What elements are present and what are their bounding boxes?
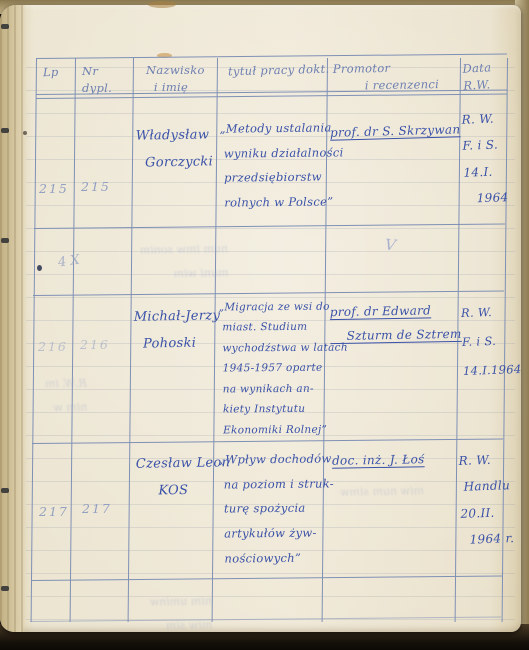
- binding-stitch: [1, 586, 9, 591]
- column-header-nazwisko: Nazwisko i imię: [146, 62, 205, 97]
- entry-215-name: Władysław Gorczycki: [136, 121, 214, 177]
- bleedthrough-text: num imw sonim muni wim: [140, 237, 229, 287]
- entry-217-date: R. W. Handlu 20.II. 1964 r.: [458, 446, 515, 553]
- table-line: [31, 58, 37, 622]
- entry-215-date: R. W. F. i S. 14.I. 1964: [461, 105, 509, 212]
- entry-217-promotor: doc. inż. J. Łoś: [332, 448, 425, 472]
- entry-216-promotor: prof. dr Edward Szturm de Sztrem: [330, 298, 462, 348]
- entry-217-lp: 217: [39, 500, 69, 524]
- ink-dot: [37, 265, 42, 271]
- column-header-data: Data R.W.: [462, 59, 493, 95]
- binding-stitch: [1, 24, 9, 29]
- entry-215-title: „Metody ustalania wyniku działalności pr…: [219, 115, 344, 215]
- entry-215-promotor: prof. dr S. Skrzywan: [330, 118, 461, 144]
- binding-stitch: [1, 488, 9, 493]
- table-line: [30, 616, 501, 622]
- entry-216-name: Michał-Jerzy Pohoski: [134, 302, 221, 358]
- table-line: [31, 575, 502, 581]
- pencil-mark: 4 X: [57, 253, 81, 271]
- table-line: [34, 223, 505, 229]
- binding-stitch: [1, 238, 9, 243]
- table-line: [128, 58, 134, 622]
- paper-stain: [148, 1, 176, 8]
- entry-217-title: „Wpływ dochodów na poziom i struk- turę …: [219, 446, 334, 571]
- ink-dot: [23, 131, 27, 135]
- entry-216-nr: 216: [80, 333, 110, 357]
- table-line: [33, 290, 504, 296]
- bleedthrough-text: miw num simw: [340, 479, 424, 505]
- column-header-promotor: Promotor i recenzenci: [333, 59, 440, 95]
- entry-217-name: Czesław Leon KOS: [136, 449, 231, 505]
- entry-217-nr: 217: [82, 497, 112, 521]
- page-content: Lp Nr dypl. Nazwisko i imię tytuł pracy …: [0, 0, 529, 650]
- bleedthrough-text: R.W. im nim w: [45, 372, 88, 421]
- entry-216-date: R. W. F. i S. 14.I.1964: [461, 297, 522, 385]
- column-header-tytul: tytuł pracy dokt.: [228, 61, 330, 81]
- entry-216-lp: 216: [38, 335, 68, 359]
- bleedthrough-text: nim uminw miw sim: [150, 589, 213, 638]
- table-line: [70, 58, 76, 622]
- check-mark: V: [384, 235, 397, 254]
- entry-215-nr: 215: [81, 175, 111, 199]
- column-header-lp: Lp: [43, 64, 59, 82]
- column-header-nr-dypl: Nr dypl.: [82, 63, 112, 98]
- entry-215-lp: 215: [39, 177, 69, 201]
- binding-stitch: [1, 128, 9, 133]
- scanned-register-photo: Lp Nr dypl. Nazwisko i imię tytuł pracy …: [0, 0, 529, 650]
